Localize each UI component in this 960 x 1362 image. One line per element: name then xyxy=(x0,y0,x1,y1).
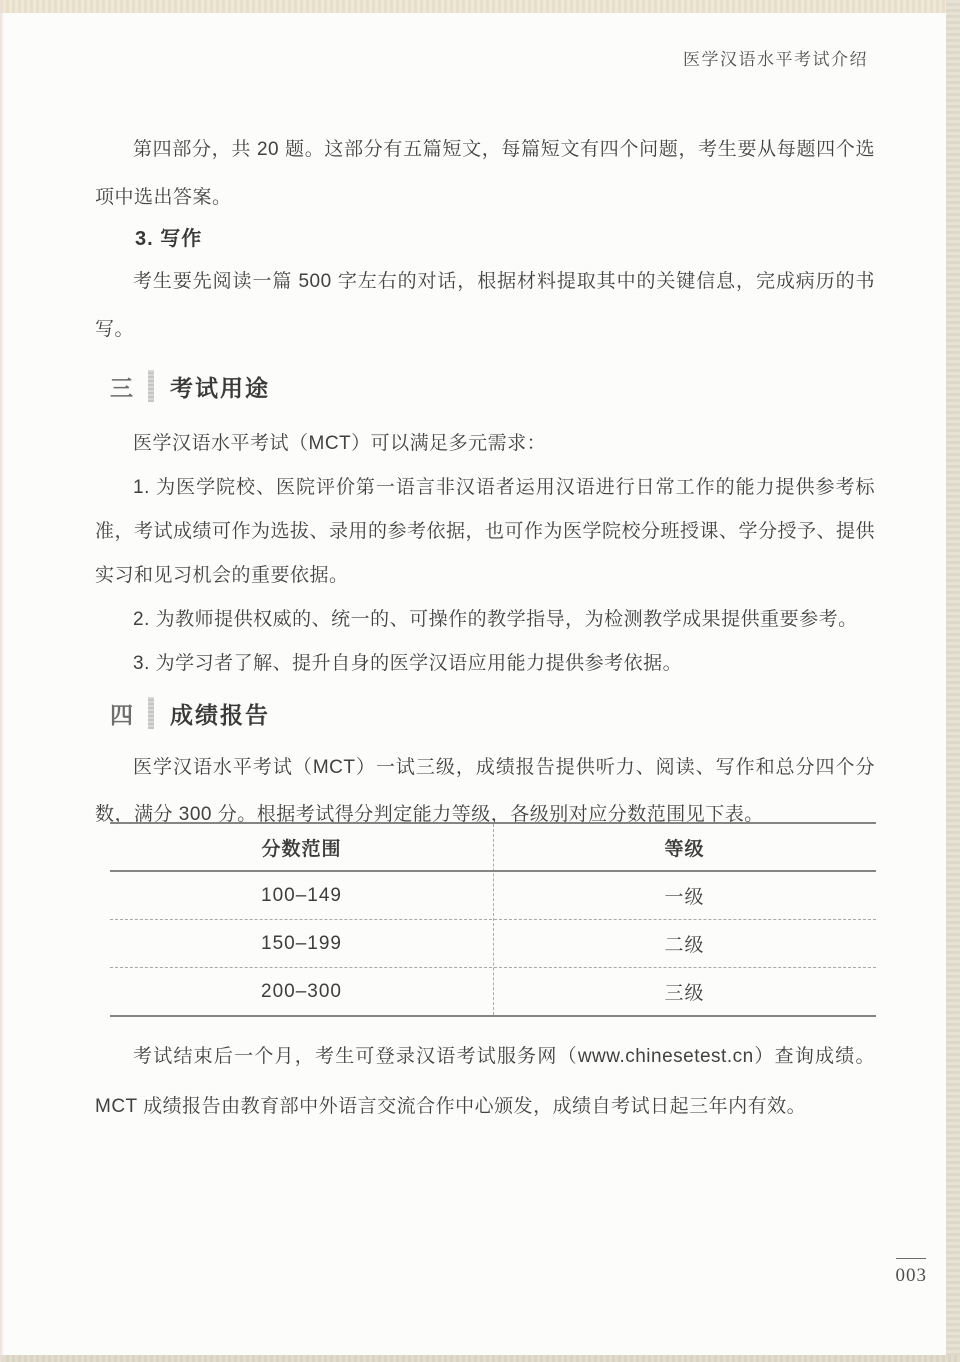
section-number: 四 xyxy=(110,697,134,730)
section-title: 成绩报告 xyxy=(170,697,270,730)
table-header-row: 分数范围 等级 xyxy=(110,824,876,872)
scan-edge-right xyxy=(946,0,960,1362)
section-marker-bar xyxy=(148,697,154,729)
scan-edge-bottom xyxy=(0,1355,960,1362)
level-cell: 二级 xyxy=(493,920,876,967)
level-cell: 三级 xyxy=(493,968,876,1015)
writing-subheading: 3. 写作 xyxy=(135,222,202,251)
section-marker-bar xyxy=(148,370,154,402)
score-range-cell: 150–199 xyxy=(110,920,493,967)
footer-rule xyxy=(896,1258,926,1259)
score-range-cell: 100–149 xyxy=(110,872,493,919)
page-number: 003 xyxy=(896,1265,928,1287)
table-header-score-range: 分数范围 xyxy=(110,824,493,870)
section-heading-report: 四 成绩报告 xyxy=(110,695,270,731)
section-number: 三 xyxy=(110,370,134,403)
table-row: 100–149 一级 xyxy=(110,872,876,920)
level-cell: 一级 xyxy=(493,872,876,919)
section-heading-uses: 三 考试用途 xyxy=(110,368,270,404)
scanned-document-page: 医学汉语水平考试介绍 第四部分，共 20 题。这部分有五篇短文，每篇短文有四个问… xyxy=(0,0,960,1362)
paragraph-part4: 第四部分，共 20 题。这部分有五篇短文，每篇短文有四个问题，考生要从每题四个选… xyxy=(95,126,875,222)
table-row: 150–199 二级 xyxy=(110,920,876,968)
section-title: 考试用途 xyxy=(170,370,270,403)
score-range-cell: 200–300 xyxy=(110,968,493,1015)
list-item: 1. 为医学院校、医院评价第一语言非汉语者运用汉语进行日常工作的能力提供参考标准… xyxy=(95,466,875,598)
paragraph-writing: 考生要先阅读一篇 500 字左右的对话，根据材料提取其中的关键信息，完成病历的书… xyxy=(95,258,875,354)
page-footer: 003 xyxy=(896,1258,928,1287)
scan-edge-top xyxy=(0,0,960,13)
table-row: 200–300 三级 xyxy=(110,968,876,1015)
score-table: 分数范围 等级 100–149 一级 150–199 二级 200–300 三级 xyxy=(110,822,876,1017)
list-item: 2. 为教师提供权威的、统一的、可操作的教学指导，为检测教学成果提供重要参考。 xyxy=(95,598,875,642)
paragraph-intro: 医学汉语水平考试（MCT）可以满足多元需求： xyxy=(95,422,875,466)
running-header: 医学汉语水平考试介绍 xyxy=(683,45,868,70)
section-uses-body: 医学汉语水平考试（MCT）可以满足多元需求： 1. 为医学院校、医院评价第一语言… xyxy=(95,422,875,686)
paragraph-closing: 考试结束后一个月，考生可登录汉语考试服务网（www.chinesetest.cn… xyxy=(95,1032,875,1132)
scan-edge-left xyxy=(0,0,4,1362)
table-header-level: 等级 xyxy=(493,824,876,870)
list-item: 3. 为学习者了解、提升自身的医学汉语应用能力提供参考依据。 xyxy=(95,642,875,686)
